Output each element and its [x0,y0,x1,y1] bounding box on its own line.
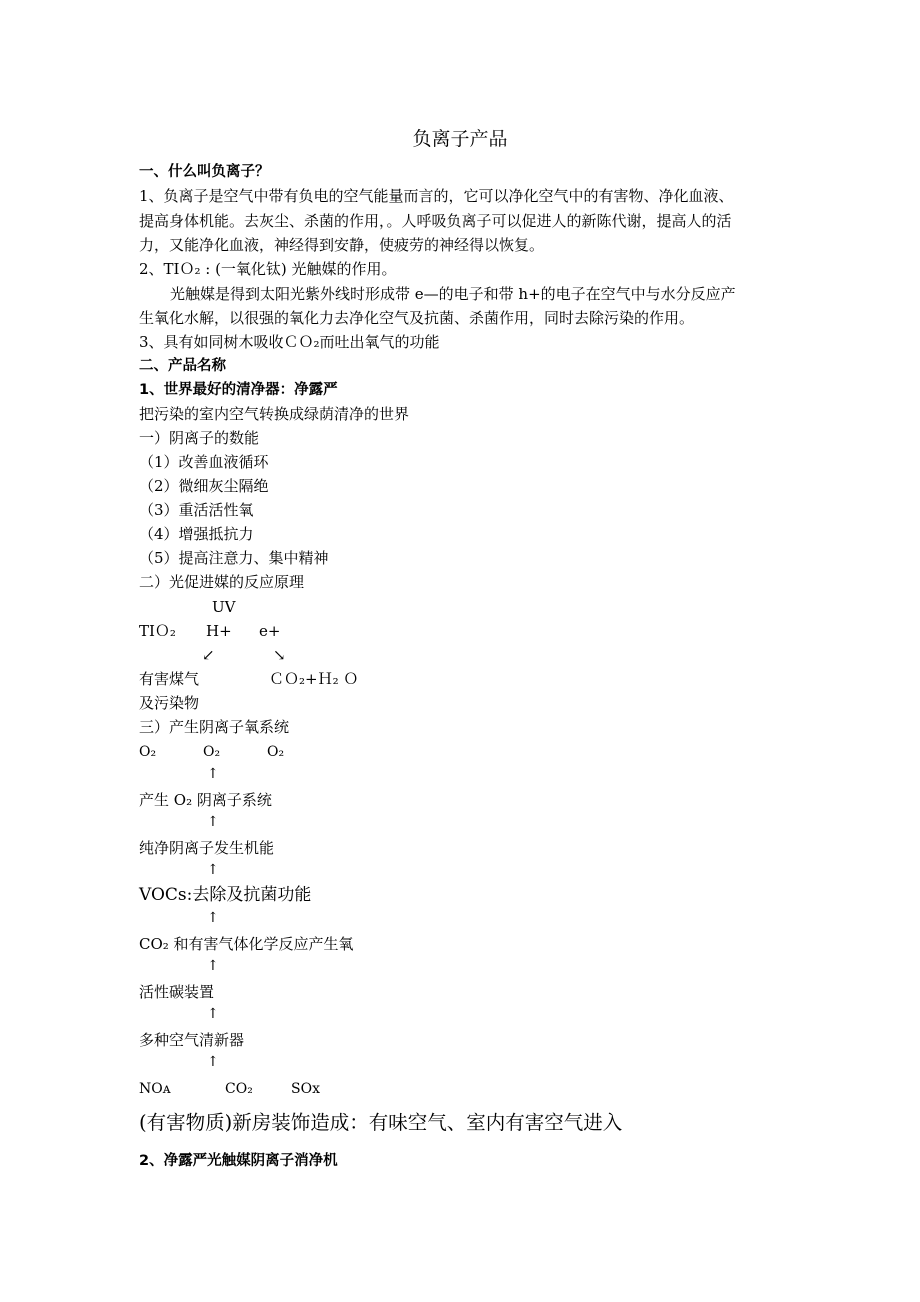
list-item: （2）微细灰尘隔绝 [139,476,269,496]
arrow-up-icon: ↑ [207,814,219,830]
section-heading-what-is-negative-ion: 一、什么叫负离子？ [139,162,270,182]
arrow-up-icon: ↑ [207,1054,219,1070]
paragraph-line: 力，又能净化血液，神经得到安静，使疲劳的神经得以恢复。 [139,235,544,255]
arrow-up-icon: ↑ [207,766,219,782]
arrow-up-icon: ↑ [207,862,219,878]
arrow-up-icon: ↑ [207,1006,219,1022]
section-heading-product-name: 二、产品名称 [139,356,226,376]
h-plus-label: H+ [206,621,232,641]
pollutant-label: NOᴀ [139,1079,171,1099]
paragraph-heading-tio2: 2、TIＯ₂ : (一氧化钛) 光触媒的作用。 [139,259,397,279]
sub2-heading: 二）光促进媒的反应原理 [139,572,304,592]
flow-step: 纯净阴离子发生机能 [139,838,274,858]
paragraph-line: 光触媒是得到太阳光紫外线时形成带 e—的电子和带 h+的电子在空气中与水分反应产 [170,284,736,304]
item2-heading: 2、净露严光触媒阴离子消净机 [139,1151,338,1171]
co2-h2o-label: ＣＯ₂+Ｈ₂ Ｏ [269,669,358,689]
list-item: （3）重活活性氧 [139,500,254,520]
list-item: （1）改善血液循环 [139,452,269,472]
flow-step: CO₂ 和有害气体化学反应产生氧 [139,934,354,954]
sub3-heading: 三）产生阴离子氧系统 [139,717,289,737]
uv-label: UV [212,597,235,617]
paragraph-co2: 3、具有如同树木吸收ＣＯ₂而吐出氧气的功能 [139,332,440,352]
source-note: (有害物质)新房装饰造成：有味空气、室内有害空气进入 [139,1110,622,1136]
paragraph-line: 1、负离子是空气中带有负电的空气能量而言的，它可以净化空气中的有害物、净化血液、 [139,186,734,206]
pollutant-label: CO₂ [225,1079,253,1099]
arrow-down-right-icon: ↘ [273,645,286,665]
arrow-down-left-icon: ↙ [202,645,215,665]
o2-label: O₂ [139,742,156,762]
list-item: （5）提高注意力、集中精神 [139,548,329,568]
tio2-label: TIＯ₂ [139,621,176,641]
pollutant-label: SOx [291,1079,320,1099]
harmful-gas-label: 有害煤气 [139,669,199,689]
arrow-up-icon: ↑ [207,958,219,974]
item1-tagline: 把污染的室内空气转换成绿荫清净的世界 [139,404,409,424]
flow-step: 产生 O₂ 阴离子系统 [139,790,272,810]
flow-step: VOCs:去除及抗菌功能 [139,884,311,906]
document-page: 负离子产品 一、什么叫负离子？ 1、负离子是空气中带有负电的空气能量而言的，它可… [0,0,920,1302]
sub1-heading: 一）阴离子的数能 [139,428,259,448]
paragraph-line: 提高身体机能。去灰尘、杀菌的作用，。人呼吸负离子可以促进人的新陈代谢，提高人的活 [139,211,732,231]
list-item: （4）增强抵抗力 [139,524,254,544]
document-title: 负离子产品 [0,124,920,151]
o2-label: O₂ [203,742,220,762]
flow-step: 多种空气清新器 [139,1030,244,1050]
item1-heading: 1、世界最好的清净器：净露严 [139,380,338,400]
pollutants-label: 及污染物 [139,693,199,713]
paragraph-line: 生氧化水解，以很强的氧化力去净化空气及抗菌、杀菌作用，同时去除污染的作用。 [139,308,694,328]
o2-label: O₂ [267,742,284,762]
flow-step: 活性碳装置 [139,982,214,1002]
arrow-up-icon: ↑ [207,910,219,926]
e-plus-label: e+ [259,621,280,641]
